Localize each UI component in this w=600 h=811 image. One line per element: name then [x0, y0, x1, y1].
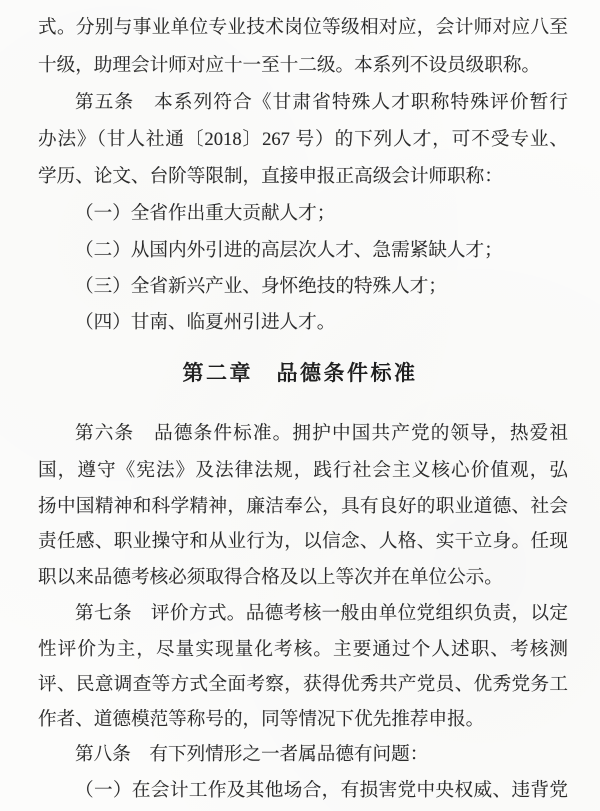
text-line: 扬中国精神和科学精神，廉洁奉公，具有良好的职业道德、社会: [38, 495, 568, 519]
text-line-article-8: 第八条 有下列情形之一者属品德有问题：: [75, 743, 428, 767]
list-item-4: （四）甘南、临夏州引进人才。: [75, 311, 335, 335]
text-line: 国，遵守《宪法》及法律法规，践行社会主义核心价值观，弘: [38, 459, 568, 483]
text-line-article-7: 第七条 评价方式。品德考核一般由单位党组织负责，以定: [75, 602, 568, 626]
text-line: 办法》（甘人社通〔2018〕267 号）的下列人才，可不受专业、: [38, 128, 568, 152]
text-line: 性评价为主，尽量实现量化考核。主要通过个人述职、考核测: [38, 638, 568, 662]
text-line: 责任感、职业操守和从业行为，以信念、人格、实干立身。任现: [38, 530, 568, 554]
text-line: 评、民意调查等方式全面考察，获得优秀共产党员、优秀党务工: [38, 673, 568, 697]
text-line: （一）在会计工作及其他场合，有损害党中央权威、违背党: [75, 779, 568, 803]
document-page: 式。分别与事业单位专业技术岗位等级相对应，会计师对应八至 十级，助理会计师对应十…: [0, 0, 600, 811]
chapter-heading: 第二章 品德条件标准: [0, 360, 600, 387]
list-item-1: （一）全省作出重大贡献人才；: [75, 202, 335, 226]
text-line: 作者、道德模范等称号的，同等情况下优先推荐申报。: [38, 708, 484, 732]
text-line: 式。分别与事业单位专业技术岗位等级相对应，会计师对应八至: [38, 16, 568, 40]
list-item-3: （三）全省新兴产业、身怀绝技的特殊人才；: [75, 275, 447, 299]
text-line: 学历、论文、台阶等限制，直接申报正高级会计师职称：: [38, 165, 503, 189]
text-line: 十级，助理会计师对应十一至十二级。本系列不设员级职称。: [38, 54, 540, 78]
text-line-article-5: 第五条 本系列符合《甘肃省特殊人才职称特殊评价暂行: [75, 91, 568, 115]
list-item-2: （二）从国内外引进的高层次人才、急需紧缺人才；: [75, 239, 503, 263]
text-line-article-6: 第六条 品德条件标准。拥护中国共产党的领导，热爱祖: [75, 422, 568, 446]
text-line: 职以来品德考核必须取得合格及以上等次并在单位公示。: [38, 566, 503, 590]
